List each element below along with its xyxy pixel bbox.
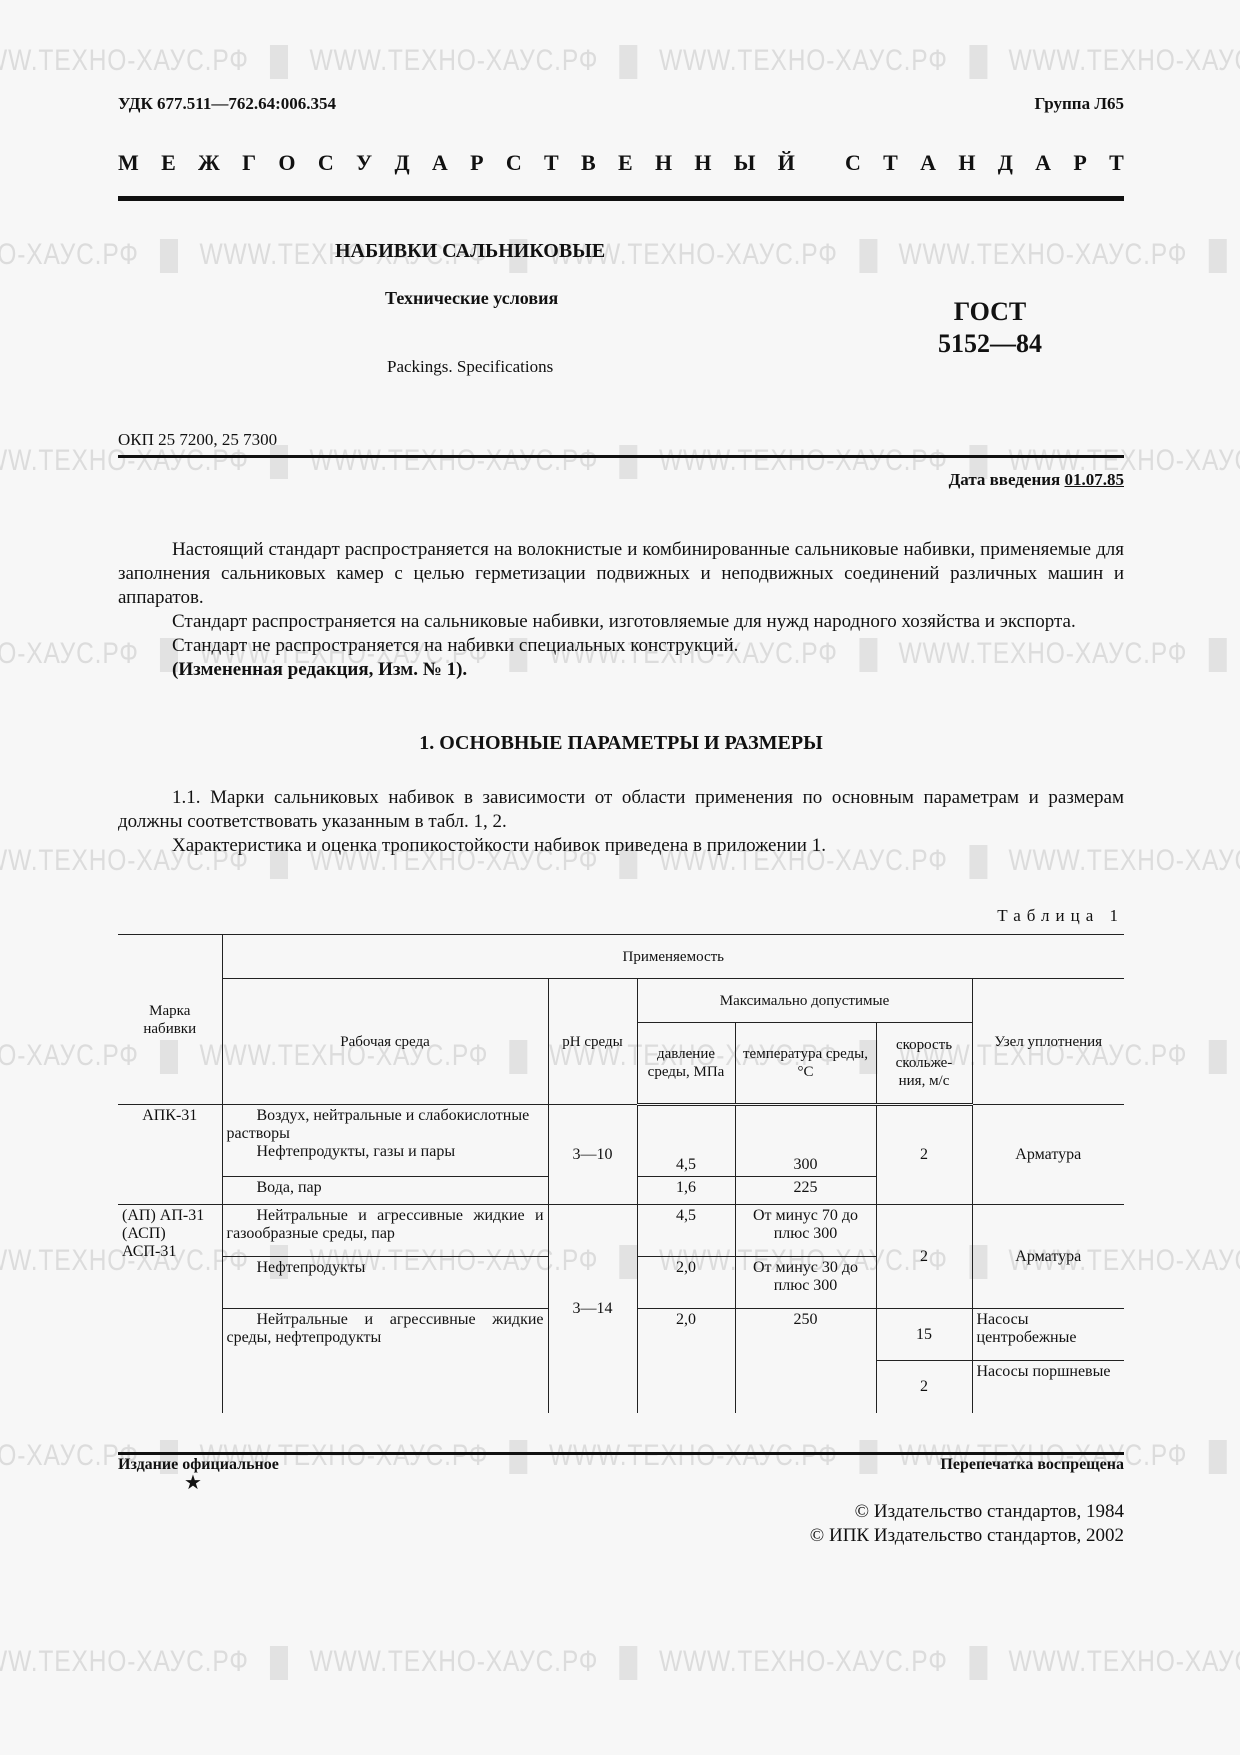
copyright: © Издательство стандартов, 1984 © ИПК Из… (810, 1500, 1124, 1548)
intro-paragraph: Стандарт не распространяется на набивки … (118, 634, 1124, 658)
group-code: Группа Л65 (1035, 94, 1124, 114)
cell-mark: (АП) АП-31 (АСП) АСП-31 (118, 1205, 222, 1413)
cell-speed: 2 (876, 1205, 972, 1309)
cell-ph: 3—14 (548, 1205, 637, 1413)
cell-temperature: 225 (735, 1177, 876, 1205)
cell-mark: АПК-31 (118, 1105, 222, 1205)
cell-speed: 2 (876, 1105, 972, 1205)
udk-code: УДК 677.511—762.64:006.354 (118, 94, 336, 114)
standard-type-heading: МЕЖГОСУДАРСТВЕННЫЙ СТАНДАРТ (118, 150, 1124, 176)
document-title: НАБИВКИ САЛЬНИКОВЫЕ (335, 240, 605, 263)
cell-unit: Арматура (972, 1205, 1124, 1309)
cell-speed: 15 (876, 1309, 972, 1361)
footer-rule (118, 1452, 1124, 1455)
cell-medium: Нейтральные и агрессивные жидкие среды, … (222, 1309, 548, 1413)
section-heading: 1. ОСНОВНЫЕ ПАРАМЕТРЫ И РАЗМЕРЫ (118, 732, 1124, 755)
document-page: УДК 677.511—762.64:006.354 Группа Л65 МЕ… (0, 0, 1240, 1755)
okp-code: ОКП 25 7200, 25 7300 (118, 430, 277, 450)
star-icon: ★ (184, 1470, 202, 1495)
header-pressure: давление среды, МПа (637, 1023, 735, 1105)
gost-designation: ГОСТ 5152—84 (900, 296, 1080, 360)
cell-medium: Нефтепродукты (222, 1257, 548, 1309)
cell-unit: Насосы поршневые (972, 1361, 1124, 1413)
cell-pressure: 1,6 (637, 1177, 735, 1205)
cell-unit: Насосы центробежные (972, 1309, 1124, 1361)
gost-number: 5152—84 (900, 328, 1080, 360)
table-row: (АП) АП-31 (АСП) АСП-31 Нейтральные и аг… (118, 1205, 1124, 1257)
cell-unit: Арматура (972, 1105, 1124, 1205)
gost-label: ГОСТ (900, 296, 1080, 328)
table-caption: Таблица 1 (997, 906, 1124, 926)
cell-speed: 2 (876, 1361, 972, 1413)
cell-medium: Воздух, нейтральные и слабокислотные рас… (222, 1105, 548, 1177)
cell-temperature: 300 (735, 1105, 876, 1177)
section-paragraph: 1.1. Марки сальниковых набивок в зависим… (118, 786, 1124, 834)
intro-text: Настоящий стандарт распространяется на в… (118, 538, 1124, 682)
cell-temperature: От минус 30 до плюс 300 (735, 1257, 876, 1309)
intro-paragraph: Настоящий стандарт распространяется на в… (118, 538, 1124, 610)
document-title-english: Packings. Specifications (387, 357, 553, 377)
intro-date-value: 01.07.85 (1065, 470, 1125, 489)
cell-pressure: 4,5 (637, 1105, 735, 1177)
intro-date-label: Дата введения (949, 470, 1061, 489)
okp-rule (118, 455, 1124, 458)
header-temperature: температура среды, °С (735, 1023, 876, 1105)
intro-date: Дата введения 01.07.85 (949, 470, 1124, 490)
document-subtitle: Технические условия (385, 288, 558, 309)
copyright-line: © ИПК Издательство стандартов, 2002 (810, 1524, 1124, 1548)
cell-pressure: 4,5 (637, 1205, 735, 1257)
cell-pressure: 2,0 (637, 1309, 735, 1413)
header-applicability: Применяемость (222, 935, 1124, 979)
cell-pressure: 2,0 (637, 1257, 735, 1309)
section-paragraph: Характеристика и оценка тропикостойкости… (118, 834, 1124, 858)
amendment-note: (Измененная редакция, Изм. № 1). (118, 658, 1124, 682)
header-max-allowed: Максимально допустимые (637, 979, 972, 1023)
header-medium: Рабочая среда (222, 979, 548, 1105)
header-speed: скорость скольже- ния, м/с (876, 1023, 972, 1105)
copyright-line: © Издательство стандартов, 1984 (810, 1500, 1124, 1524)
cell-temperature: 250 (735, 1309, 876, 1413)
header-unit: Узел уплотнения (972, 979, 1124, 1105)
intro-paragraph: Стандарт распространяется на сальниковые… (118, 610, 1124, 634)
cell-medium: Вода, пар (222, 1177, 548, 1205)
table-1: Марка набивки Применяемость Рабочая сред… (118, 934, 1124, 1413)
table-row: АПК-31 Воздух, нейтральные и слабокислот… (118, 1105, 1124, 1177)
header-ph: pH среды (548, 979, 637, 1105)
header-mark: Марка набивки (118, 935, 222, 1105)
cell-ph: 3—10 (548, 1105, 637, 1205)
reprint-prohibited: Перепечатка воспрещена (940, 1456, 1124, 1474)
cell-temperature: От минус 70 до плюс 300 (735, 1205, 876, 1257)
section-text: 1.1. Марки сальниковых набивок в зависим… (118, 786, 1124, 858)
cell-medium: Нейтральные и агрессивные жидкие и газоо… (222, 1205, 548, 1257)
header-rule (118, 196, 1124, 201)
